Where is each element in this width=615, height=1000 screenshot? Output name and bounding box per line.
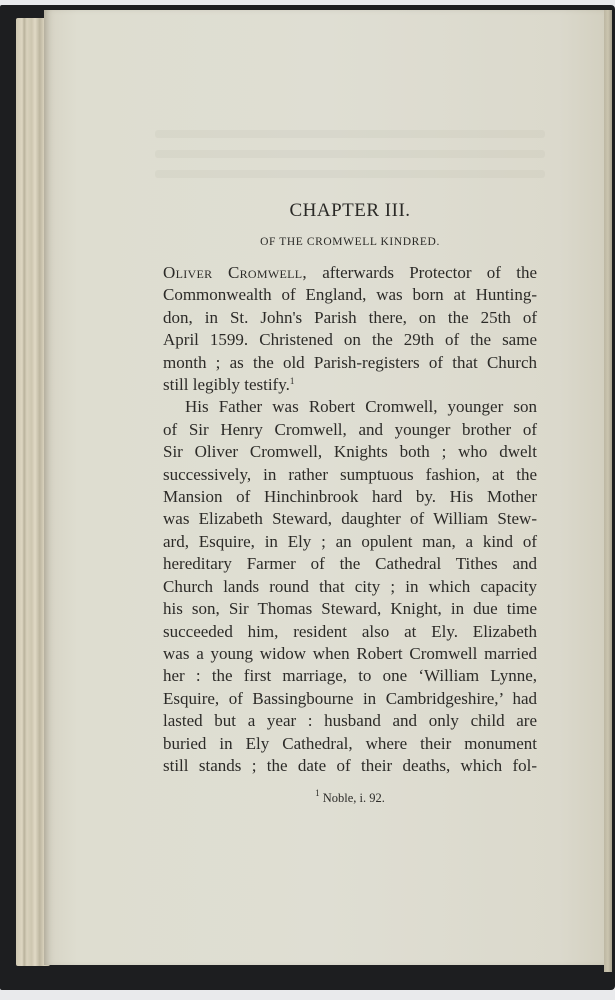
text-line: of Sir Henry Cromwell, and younger broth…	[163, 419, 537, 441]
paragraph-1: Oliver Cromwell, afterwards Protector of…	[163, 262, 537, 396]
lead-name-smallcaps: Oliver Cromwell,	[163, 263, 307, 282]
text-line: His Father was Robert Cromwell, younger …	[163, 396, 537, 418]
text-line: Church lands round that city ; in which …	[163, 576, 537, 598]
footnote-marker: 1	[315, 788, 320, 798]
text-line: still legibly testify.1	[163, 374, 537, 396]
text-line: buried in Ely Cathedral, where their mon…	[163, 733, 537, 755]
text-line: ard, Esquire, in Ely ; an opulent man, a…	[163, 531, 537, 553]
page-right-edge	[604, 10, 612, 972]
text-line: Sir Oliver Cromwell, Knights both ; who …	[163, 441, 537, 463]
text-line: succeeded him, resident also at Ely. Eli…	[163, 621, 537, 643]
text-line: Mansion of Hinchinbrook hard by. His Mot…	[163, 486, 537, 508]
text-line: don, in St. John's Parish there, on the …	[163, 307, 537, 329]
footnote-reference: 1	[290, 376, 295, 386]
paragraph-2: His Father was Robert Cromwell, younger …	[163, 396, 537, 777]
show-through-text	[155, 150, 545, 158]
page-content: CHAPTER III. OF THE CROMWELL KINDRED. Ol…	[163, 200, 537, 806]
footnote: 1 Noble, i. 92.	[163, 791, 537, 806]
footnote-text: Noble, i. 92.	[323, 791, 385, 805]
text-line: Commonwealth of England, was born at Hun…	[163, 284, 537, 306]
show-through-text	[155, 130, 545, 138]
text-line: his son, Sir Thomas Steward, Knight, in …	[163, 598, 537, 620]
text-line: was a young widow when Robert Cromwell m…	[163, 643, 537, 665]
text-line: Oliver Cromwell, afterwards Protector of…	[163, 262, 537, 284]
chapter-subtitle: OF THE CROMWELL KINDRED.	[163, 236, 537, 248]
text-line: April 1599. Christened on the 29th of th…	[163, 329, 537, 351]
text-line: successively, in rather sumptuous fashio…	[163, 464, 537, 486]
text-line: was Elizabeth Steward, daughter of Willi…	[163, 508, 537, 530]
text-line: Esquire, of Bassingbourne in Cambridgesh…	[163, 688, 537, 710]
text-line: her : the first marriage, to one ‘Willia…	[163, 665, 537, 687]
chapter-title: CHAPTER III.	[163, 200, 537, 222]
text-line: lasted but a year : husband and only chi…	[163, 710, 537, 732]
text-line: still stands ; the date of their deaths,…	[163, 755, 537, 777]
show-through-text	[155, 170, 545, 178]
text-line: month ; as the old Parish-registers of t…	[163, 352, 537, 374]
text-line: hereditary Farmer of the Cathedral Tithe…	[163, 553, 537, 575]
